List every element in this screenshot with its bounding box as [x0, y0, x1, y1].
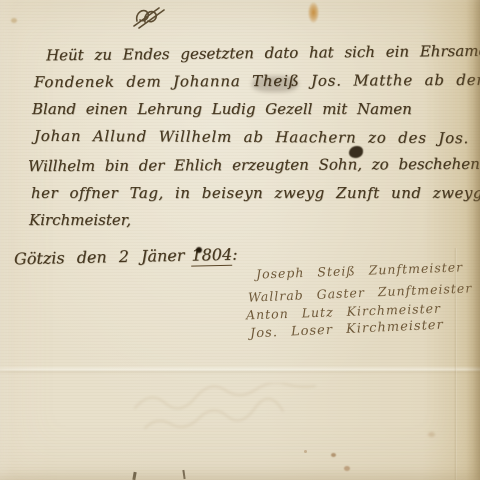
manuscript-line: Willhelm bin der Ehlich erzeugten Sohn, … [28, 155, 480, 175]
stain [304, 450, 307, 453]
manuscript-page: Heüt zu Endes gesetzten dato hat sich ei… [0, 0, 480, 480]
ink-dot [196, 247, 202, 253]
manuscript-line: Kirchmeister, [29, 211, 131, 229]
ink-smudge [252, 76, 298, 92]
manuscript-line: Bland einen Lehrung Ludig Gezell mit Nam… [32, 100, 412, 118]
manuscript-line: Johan Allund Willhelm ab Haachern zo des… [34, 127, 469, 147]
signature-line: Joseph Steiß Zunftmeister [256, 259, 464, 281]
stain [11, 18, 17, 23]
dateline-place-date: Götzis den 2 Jäner [14, 246, 185, 269]
horizontal-fold-crease [0, 366, 480, 374]
paper-right-edge [466, 0, 480, 480]
cutoff-ink-mark [182, 470, 185, 479]
vertical-fold-crease [454, 248, 457, 480]
dateline-colon: : [232, 245, 238, 264]
dateline: Götzis den 2 Jäner1804: [14, 245, 238, 269]
stain [344, 466, 350, 471]
stain [308, 2, 319, 23]
folio-mark-icon [130, 5, 168, 31]
stain [331, 453, 336, 457]
ghost-showthrough [130, 383, 370, 443]
manuscript-line: her offner Tag, in beiseyn zweyg Zunft u… [31, 184, 480, 202]
manuscript-line: Heüt zu Endes gesetzten dato hat sich ei… [46, 42, 480, 65]
stain [428, 432, 435, 437]
cutoff-ink-mark [132, 472, 136, 480]
